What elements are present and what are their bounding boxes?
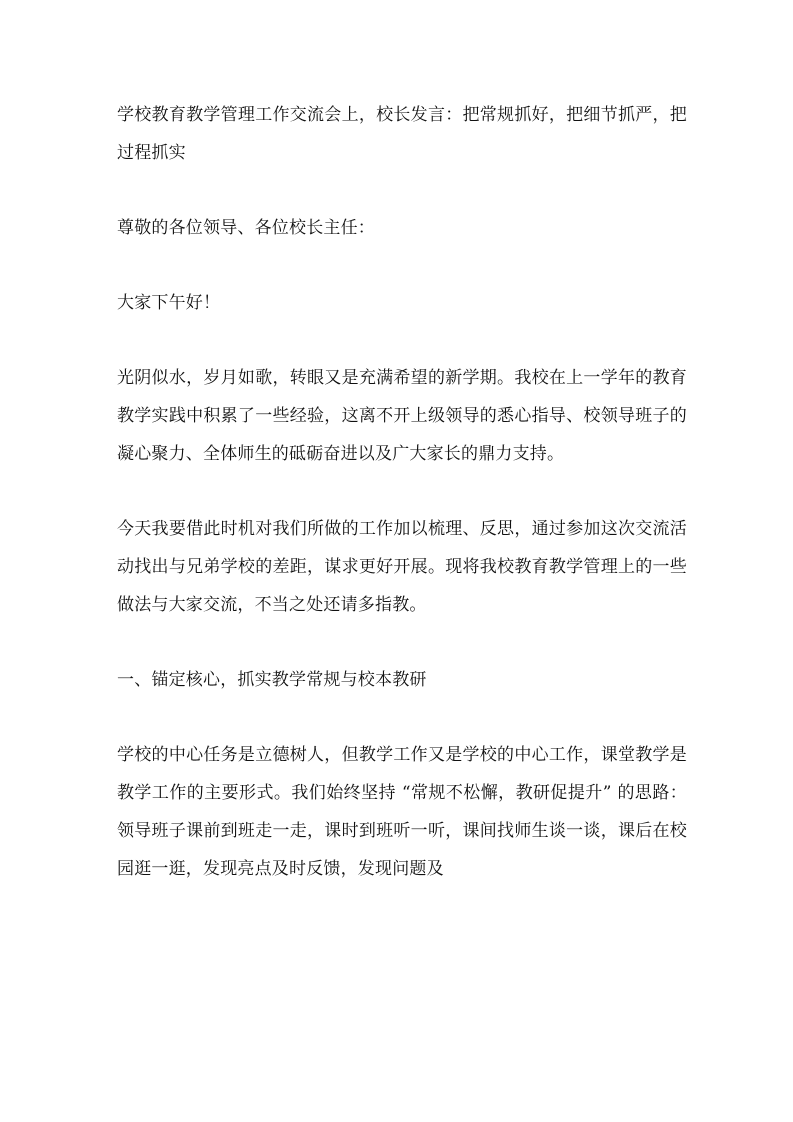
paragraph-intro: 光阴似水，岁月如歌，转眼又是充满希望的新学期。我校在上一学年的教育教学实践中积累… [117,359,687,473]
paragraph-purpose: 今天我要借此时机对我们所做的工作加以梳理、反思，通过参加这次交流活动找出与兄弟学… [117,510,687,624]
section-paragraph: 学校的中心任务是立德树人，但教学工作又是学校的中心工作，课堂教学是教学工作的主要… [117,736,687,888]
salutation: 尊敬的各位领导、各位校长主任： [117,209,687,247]
document-title: 学校教育教学管理工作交流会上，校长发言：把常规抓好，把细节抓严，把过程抓实 [117,96,687,172]
section-heading: 一、锚定核心，抓实教学常规与校本教研 [117,661,687,699]
document-page: 学校教育教学管理工作交流会上，校长发言：把常规抓好，把细节抓严，把过程抓实 尊敬… [117,96,687,925]
greeting: 大家下午好！ [117,284,687,322]
